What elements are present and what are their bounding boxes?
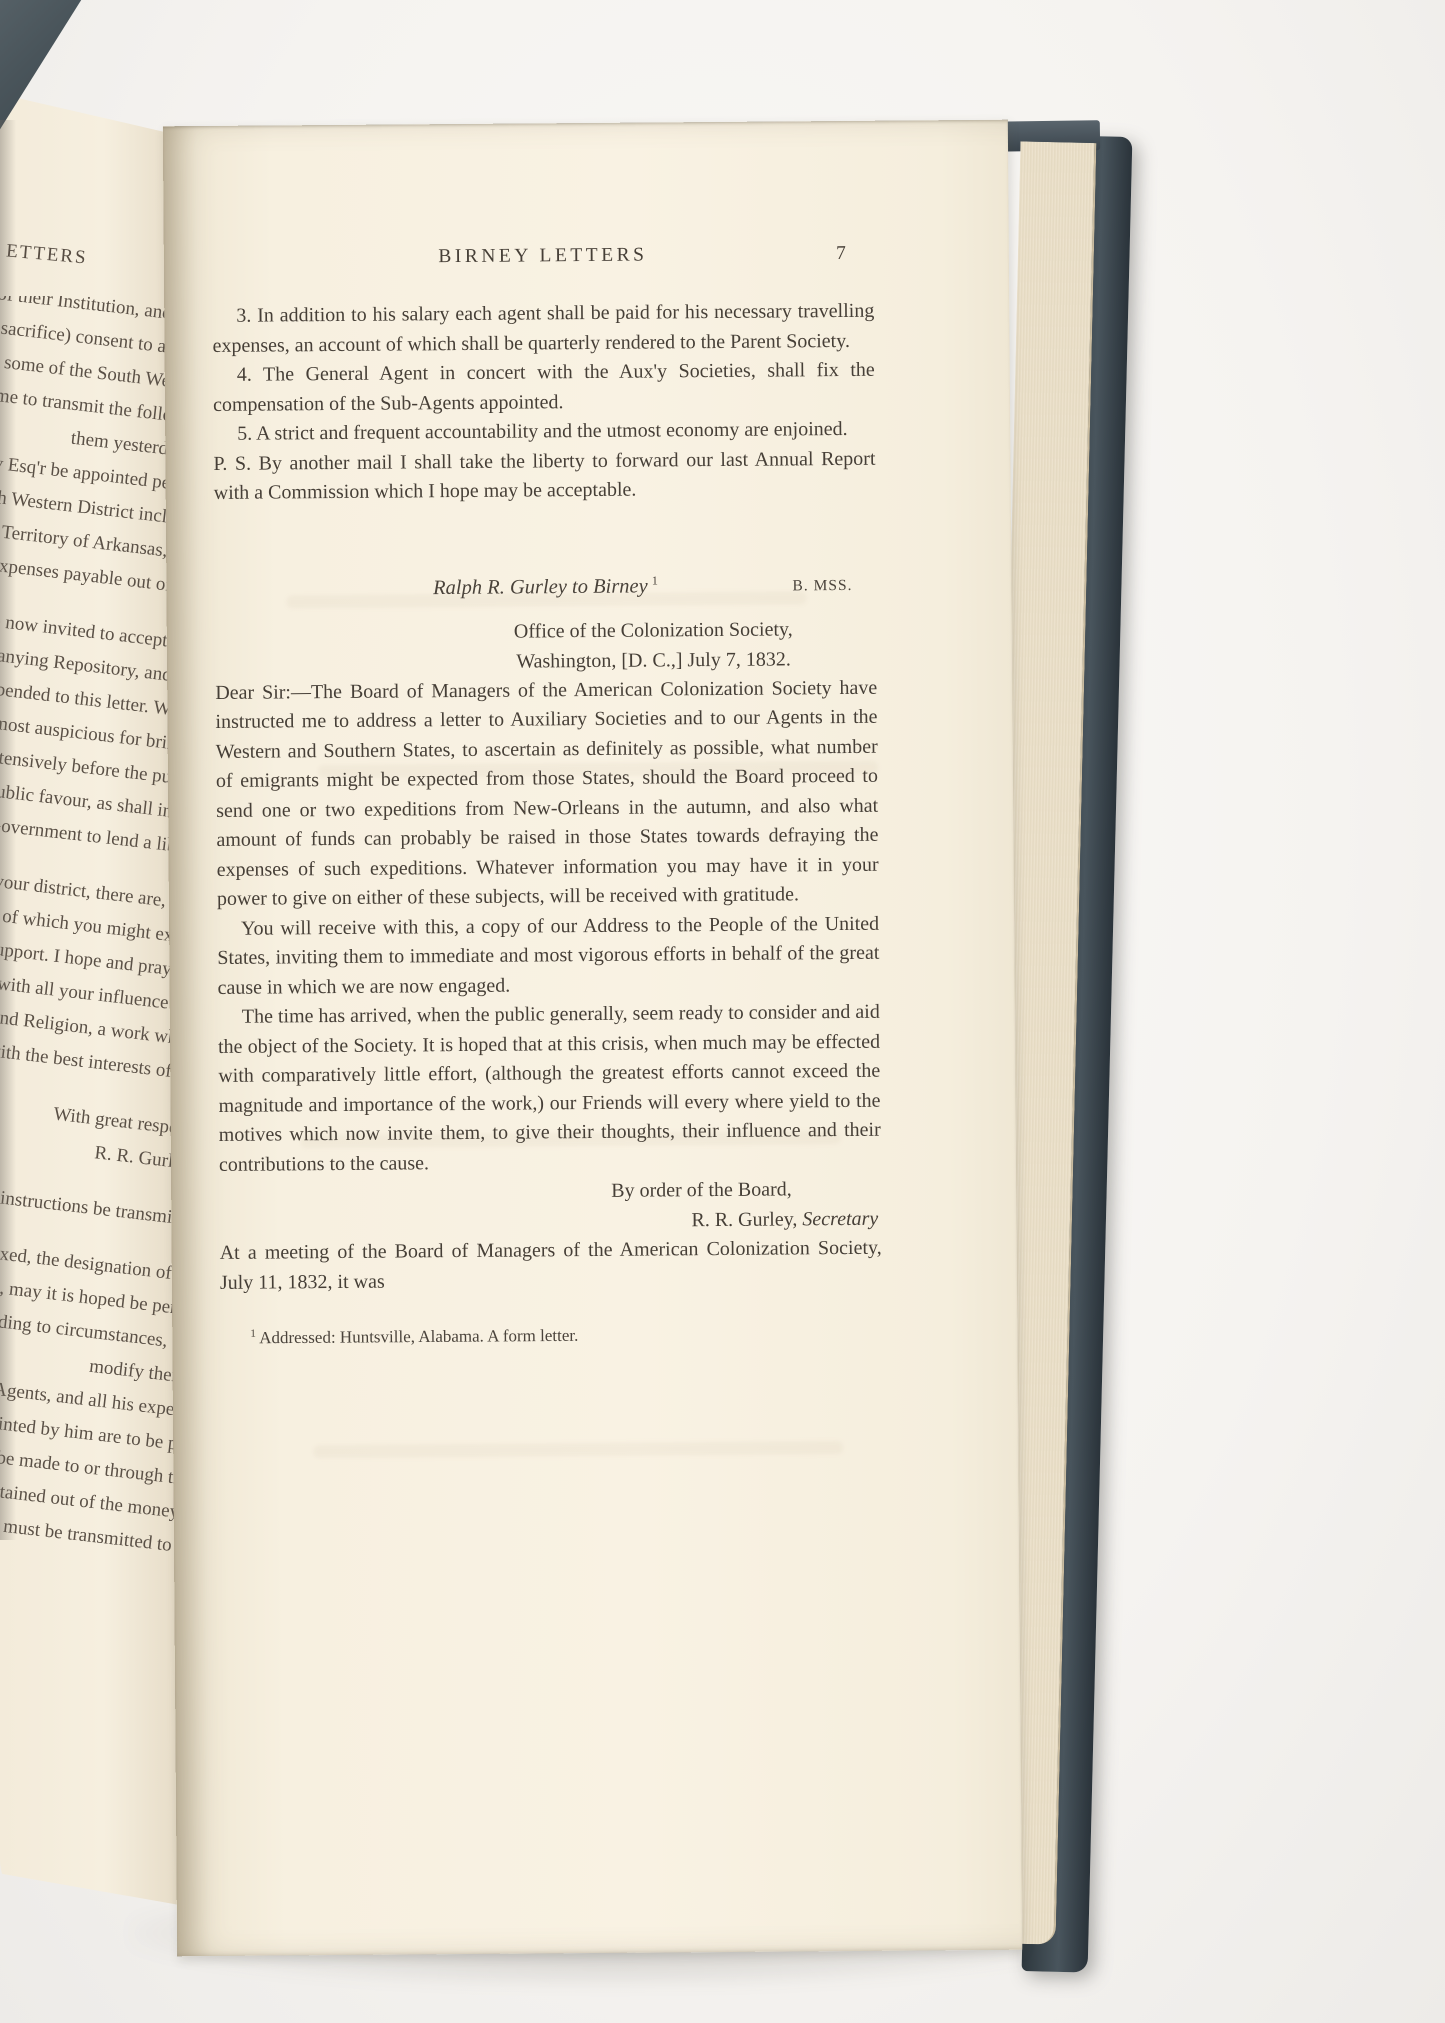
page-content: BIRNEY LETTERS 7 3. In addition to his s… bbox=[212, 243, 883, 1349]
numbered-paragraph-5: 5. A strict and frequent accountability … bbox=[213, 415, 875, 450]
show-through-ghost bbox=[313, 1441, 843, 1458]
letter-heading: Ralph R. Gurley to Birney 1 bbox=[214, 571, 876, 601]
numbered-paragraph-3: 3. In addition to his salary each agent … bbox=[212, 297, 874, 361]
letter-body-paragraph-3: The time has arrived, when the public ge… bbox=[218, 998, 881, 1180]
footnote-reference: 1 bbox=[652, 573, 658, 587]
signature-name: R. R. Gurley, bbox=[691, 1208, 797, 1231]
book-photo: { "colors": { "paper": "#f8f1e1", "cover… bbox=[0, 0, 1445, 2023]
book-left-board-edge bbox=[0, 120, 16, 1540]
letter-signature: R. R. Gurley, Secretary bbox=[691, 1204, 881, 1235]
address-line-1: Office of the Colonization Society, bbox=[430, 613, 877, 647]
footnote: 1 Addressed: Huntsville, Alabama. A form… bbox=[220, 1323, 882, 1349]
letter-address-block: Office of the Colonization Society, Wash… bbox=[215, 613, 877, 678]
running-head-row: BIRNEY LETTERS 7 bbox=[212, 243, 874, 280]
address-line-2: Washington, [D. C.,] July 7, 1832. bbox=[430, 643, 877, 677]
running-head: BIRNEY LETTERS bbox=[212, 243, 874, 270]
right-book-page: BIRNEY LETTERS 7 3. In addition to his s… bbox=[163, 120, 1022, 1957]
meeting-paragraph: At a meeting of the Board of Managers of… bbox=[220, 1234, 882, 1298]
letter-body-paragraph-2: You will receive with this, a copy of ou… bbox=[217, 909, 880, 1003]
footnote-text: Addressed: Huntsville, Alabama. A form l… bbox=[256, 1326, 579, 1348]
letter-body-paragraph-1: Dear Sir:—The Board of Managers of the A… bbox=[215, 673, 879, 914]
letter-closing-line: By order of the Board, bbox=[611, 1175, 881, 1207]
left-running-head-fragment: ETTERS bbox=[5, 240, 88, 269]
letter-heading-text: Ralph R. Gurley to Birney bbox=[433, 575, 648, 599]
signature-title: Secretary bbox=[802, 1207, 878, 1230]
postscript-paragraph: P. S. By another mail I shall take the l… bbox=[213, 444, 875, 508]
manuscript-source-label: B. MSS. bbox=[792, 576, 852, 594]
letter-heading-row: Ralph R. Gurley to Birney 1 B. MSS. bbox=[214, 571, 876, 608]
page-number: 7 bbox=[836, 243, 846, 265]
numbered-paragraph-4: 4. The General Agent in concert with the… bbox=[213, 356, 875, 420]
